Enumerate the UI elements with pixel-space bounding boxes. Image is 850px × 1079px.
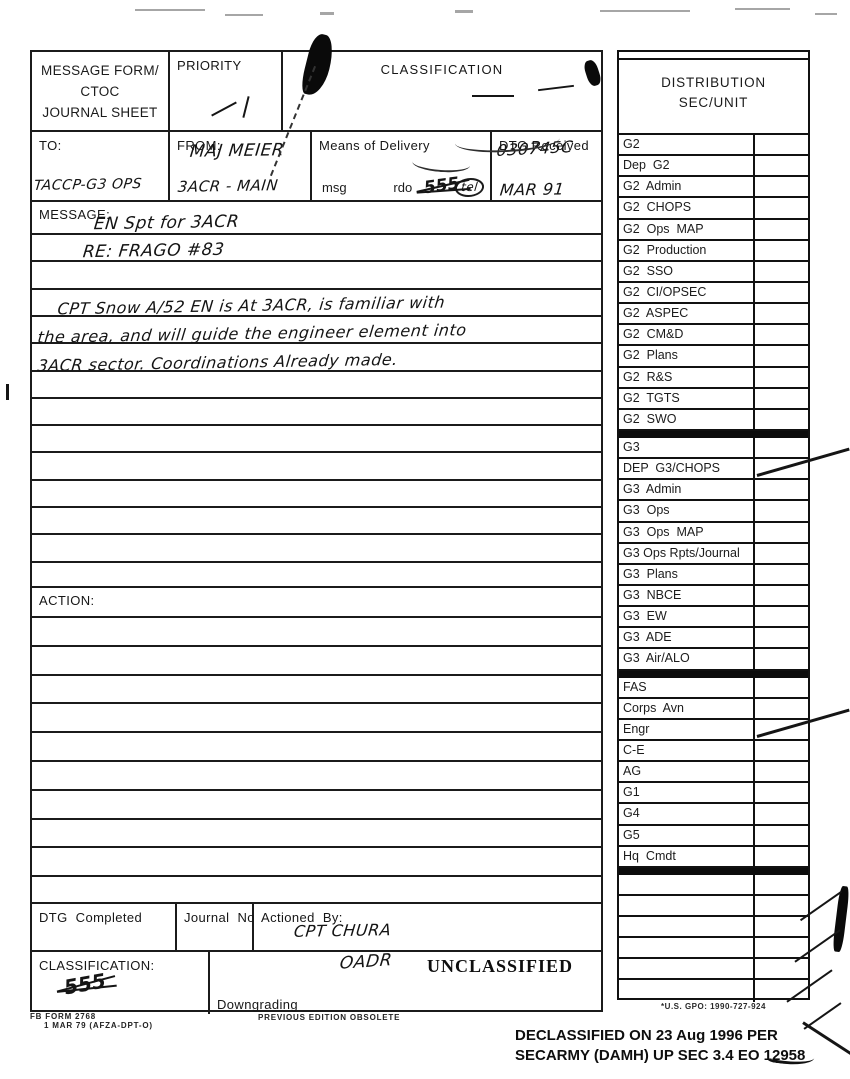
distribution-row — [619, 875, 808, 896]
distribution-check-cell — [755, 368, 808, 387]
distribution-rows: G2Dep G2G2 AdminG2 CHOPSG2 Ops MAPG2 Pro… — [619, 135, 808, 1002]
distribution-row: G2 Plans — [619, 346, 808, 367]
distribution-row-label — [619, 917, 755, 936]
distribution-check-cell — [755, 459, 808, 478]
distribution-header: DISTRIBUTION SEC/UNIT — [619, 60, 808, 135]
ruled-line — [32, 616, 601, 618]
ruled-line — [32, 760, 601, 762]
classification-cell: CLASSIFICATION — [283, 52, 601, 130]
distribution-check-cell — [755, 607, 808, 626]
ruled-line — [32, 875, 601, 877]
distribution-row-label: G5 — [619, 826, 755, 845]
distribution-check-cell — [755, 325, 808, 344]
action-label: ACTION: — [32, 588, 102, 613]
from-value-line1-handwriting: MAJ MEIER — [189, 140, 285, 162]
ruled-line — [32, 789, 601, 791]
distribution-divider — [619, 671, 808, 678]
distribution-check-cell — [755, 678, 808, 697]
distribution-row-label: FAS — [619, 678, 755, 697]
to-label: TO: — [39, 138, 62, 153]
distribution-row: G3 Air/ALO — [619, 649, 808, 670]
scanned-message-form-page: MESSAGE FORM/ CTOC JOURNAL SHEET PRIORIT… — [0, 0, 850, 1079]
delivery-option-msg: msg — [322, 180, 347, 195]
distribution-check-cell — [755, 220, 808, 239]
distribution-row-label: G3 Ops — [619, 501, 755, 520]
distribution-row: G3 Ops — [619, 501, 808, 522]
classification-label: CLASSIFICATION — [283, 62, 601, 77]
ruled-line — [32, 731, 601, 733]
declassification-stamp-line1: DECLASSIFIED ON 23 Aug 1996 PER — [515, 1026, 850, 1046]
priority-cell: PRIORITY — [170, 52, 283, 130]
distribution-check-cell — [755, 501, 808, 520]
distribution-check-cell — [755, 875, 808, 894]
scan-noise — [135, 9, 205, 11]
distribution-check-cell — [755, 544, 808, 563]
distribution-row-label: G2 — [619, 135, 755, 154]
actioned-by-value-handwriting: CPT CHURA — [293, 920, 392, 941]
distribution-row: G3 ADE — [619, 628, 808, 649]
distribution-check-cell — [755, 896, 808, 915]
action-section: ACTION: — [32, 588, 601, 904]
scan-noise — [600, 10, 690, 12]
distribution-row-label: G2 SSO — [619, 262, 755, 281]
previous-edition-note: PREVIOUS EDITION OBSOLETE — [258, 1013, 400, 1022]
distribution-row-label: G2 CM&D — [619, 325, 755, 344]
journal-no-cell: Journal No — [177, 904, 254, 950]
classification-bottom-cell: CLASSIFICATION: — [32, 952, 210, 1014]
scan-noise — [320, 12, 334, 15]
ruled-line — [32, 645, 601, 647]
distribution-row-label: G2 Production — [619, 241, 755, 260]
distribution-row-label: G2 SWO — [619, 410, 755, 429]
message-hw-line2: RE: FRAGO #83 — [82, 240, 226, 262]
distribution-check-cell — [755, 938, 808, 957]
distribution-check-cell — [755, 847, 808, 866]
distribution-row-label — [619, 875, 755, 894]
distribution-row-label — [619, 959, 755, 978]
distribution-row-label: G3 Plans — [619, 565, 755, 584]
distribution-row-label: G2 CI/OPSEC — [619, 283, 755, 302]
distribution-row: Hq Cmdt — [619, 847, 808, 868]
distribution-check-cell — [755, 410, 808, 429]
dtg-completed-cell: DTG Completed — [32, 904, 177, 950]
distribution-row-label: G3 NBCE — [619, 586, 755, 605]
distribution-row: G2 SWO — [619, 410, 808, 431]
distribution-row-label: G3 Air/ALO — [619, 649, 755, 668]
form-title: MESSAGE FORM/ CTOC JOURNAL SHEET — [32, 61, 168, 124]
distribution-row-label: DEP G3/CHOPS — [619, 459, 755, 478]
distribution-row-label: G2 Ops MAP — [619, 220, 755, 239]
ruled-line — [32, 451, 601, 453]
distribution-row-label: Hq Cmdt — [619, 847, 755, 866]
distribution-row-label: G2 Admin — [619, 177, 755, 196]
form-title-cell: MESSAGE FORM/ CTOC JOURNAL SHEET — [32, 52, 170, 130]
ruled-line — [32, 533, 601, 535]
distribution-row-label — [619, 980, 755, 1001]
distribution-check-cell — [755, 438, 808, 457]
distribution-row: Dep G2 — [619, 156, 808, 177]
pen-dash — [472, 95, 514, 97]
distribution-row: Corps Avn — [619, 699, 808, 720]
distribution-row-label: G2 ASPEC — [619, 304, 755, 323]
distribution-row-label: AG — [619, 762, 755, 781]
distribution-check-cell — [755, 586, 808, 605]
distribution-row-label: G3 Ops MAP — [619, 523, 755, 542]
distribution-divider — [619, 868, 808, 875]
distribution-row: G1 — [619, 783, 808, 804]
distribution-row — [619, 980, 808, 1001]
distribution-row-label — [619, 896, 755, 915]
downgrading-value-handwriting: OADR — [339, 950, 394, 974]
distribution-row-label: G3 — [619, 438, 755, 457]
distribution-row: G2 Ops MAP — [619, 220, 808, 241]
distribution-check-cell — [755, 762, 808, 781]
distribution-check-cell — [755, 649, 808, 668]
ruled-line — [32, 506, 601, 508]
distribution-check-cell — [755, 241, 808, 260]
distribution-row: G3 Plans — [619, 565, 808, 586]
distribution-check-cell — [755, 283, 808, 302]
scan-noise — [455, 10, 473, 13]
distribution-row: FAS — [619, 678, 808, 699]
distribution-row-label: Corps Avn — [619, 699, 755, 718]
distribution-check-cell — [755, 565, 808, 584]
distribution-row — [619, 917, 808, 938]
margin-tick — [6, 384, 9, 400]
ruled-line — [32, 424, 601, 426]
distribution-row — [619, 959, 808, 980]
delivery-option-rdo: rdo — [393, 180, 412, 195]
distribution-row: G3 — [619, 438, 808, 459]
distribution-row-label: G3 ADE — [619, 628, 755, 647]
ruled-line — [32, 397, 601, 399]
ruled-line — [32, 479, 601, 481]
distribution-row-label: G3 Ops Rpts/Journal — [619, 544, 755, 563]
distribution-row: G2 SSO — [619, 262, 808, 283]
distribution-check-cell — [755, 523, 808, 542]
distribution-check-cell — [755, 135, 808, 154]
distribution-divider — [619, 431, 808, 438]
distribution-row — [619, 896, 808, 917]
distribution-check-cell — [755, 741, 808, 760]
gpo-print-note: *U.S. GPO: 1990-727-924 — [617, 1002, 810, 1011]
distribution-top-strip — [619, 52, 808, 60]
from-value-line2-handwriting: 3ACR - MAIN — [177, 176, 279, 196]
distribution-row: G3 Admin — [619, 480, 808, 501]
distribution-check-cell — [755, 628, 808, 647]
distribution-row-label: Engr — [619, 720, 755, 739]
distribution-row: G4 — [619, 804, 808, 825]
distribution-check-cell — [755, 198, 808, 217]
distribution-row: AG — [619, 762, 808, 783]
ruled-line — [32, 702, 601, 704]
distribution-row — [619, 938, 808, 959]
distribution-check-cell — [755, 804, 808, 823]
unclassified-stamp: UNCLASSIFIED — [427, 956, 573, 977]
distribution-row-label: G4 — [619, 804, 755, 823]
distribution-row-label: G2 TGTS — [619, 389, 755, 408]
distribution-check-cell — [755, 826, 808, 845]
distribution-row-label: G2 R&S — [619, 368, 755, 387]
distribution-row: G2 Production — [619, 241, 808, 262]
distribution-check-cell — [755, 304, 808, 323]
distribution-row: G5 — [619, 826, 808, 847]
distribution-row-label: G3 Admin — [619, 480, 755, 499]
journal-no-label: Journal No — [184, 910, 255, 925]
distribution-row: G3 Ops MAP — [619, 523, 808, 544]
distribution-row: G2 Admin — [619, 177, 808, 198]
distribution-check-cell — [755, 177, 808, 196]
distribution-row: G2 — [619, 135, 808, 156]
dtg-completed-label: DTG Completed — [39, 910, 142, 925]
ruled-line — [32, 818, 601, 820]
to-value-handwriting: TACCP-G3 OPS — [33, 176, 143, 194]
ruled-line — [32, 674, 601, 676]
distribution-row-label: G1 — [619, 783, 755, 802]
scan-noise — [225, 14, 263, 16]
ruled-line — [32, 846, 601, 848]
downgrading-label: Downgrading — [217, 997, 298, 1012]
distribution-check-cell — [755, 720, 808, 739]
distribution-row: Engr — [619, 720, 808, 741]
priority-label: PRIORITY — [177, 58, 242, 73]
distribution-check-cell — [755, 389, 808, 408]
distribution-check-cell — [755, 262, 808, 281]
distribution-row: DEP G3/CHOPS — [619, 459, 808, 480]
distribution-row-label: G2 CHOPS — [619, 198, 755, 217]
means-of-delivery-label: Means of Delivery — [319, 138, 430, 153]
dtg-received-value2-handwriting: MAR 91 — [499, 179, 565, 199]
distribution-row: G3 EW — [619, 607, 808, 628]
ruled-line — [32, 288, 601, 290]
distribution-row-label: G2 Plans — [619, 346, 755, 365]
distribution-row-label: Dep G2 — [619, 156, 755, 175]
distribution-row: G2 TGTS — [619, 389, 808, 410]
message-hw-line1: EN Spt for 3ACR — [93, 212, 240, 235]
distribution-row: G2 CHOPS — [619, 198, 808, 219]
distribution-row: G3 NBCE — [619, 586, 808, 607]
distribution-check-cell — [755, 699, 808, 718]
form-date: 1 MAR 79 (AFZA-DPT-O) — [44, 1021, 153, 1030]
distribution-row: G2 R&S — [619, 368, 808, 389]
distribution-row-label: G3 EW — [619, 607, 755, 626]
distribution-row: G2 CM&D — [619, 325, 808, 346]
form-number: FB FORM 2768 — [30, 1012, 96, 1021]
distribution-check-cell — [755, 346, 808, 365]
distribution-row: C-E — [619, 741, 808, 762]
scan-noise — [735, 8, 790, 10]
distribution-row: G3 Ops Rpts/Journal — [619, 544, 808, 565]
distribution-check-cell — [755, 480, 808, 499]
scan-noise — [815, 13, 837, 15]
distribution-check-cell — [755, 156, 808, 175]
ruled-line — [32, 561, 601, 563]
distribution-row: G2 CI/OPSEC — [619, 283, 808, 304]
distribution-row-label: C-E — [619, 741, 755, 760]
distribution-row: G2 ASPEC — [619, 304, 808, 325]
distribution-check-cell — [755, 959, 808, 978]
distribution-row-label — [619, 938, 755, 957]
distribution-table: DISTRIBUTION SEC/UNIT G2Dep G2G2 AdminG2… — [617, 50, 810, 1000]
distribution-check-cell — [755, 783, 808, 802]
